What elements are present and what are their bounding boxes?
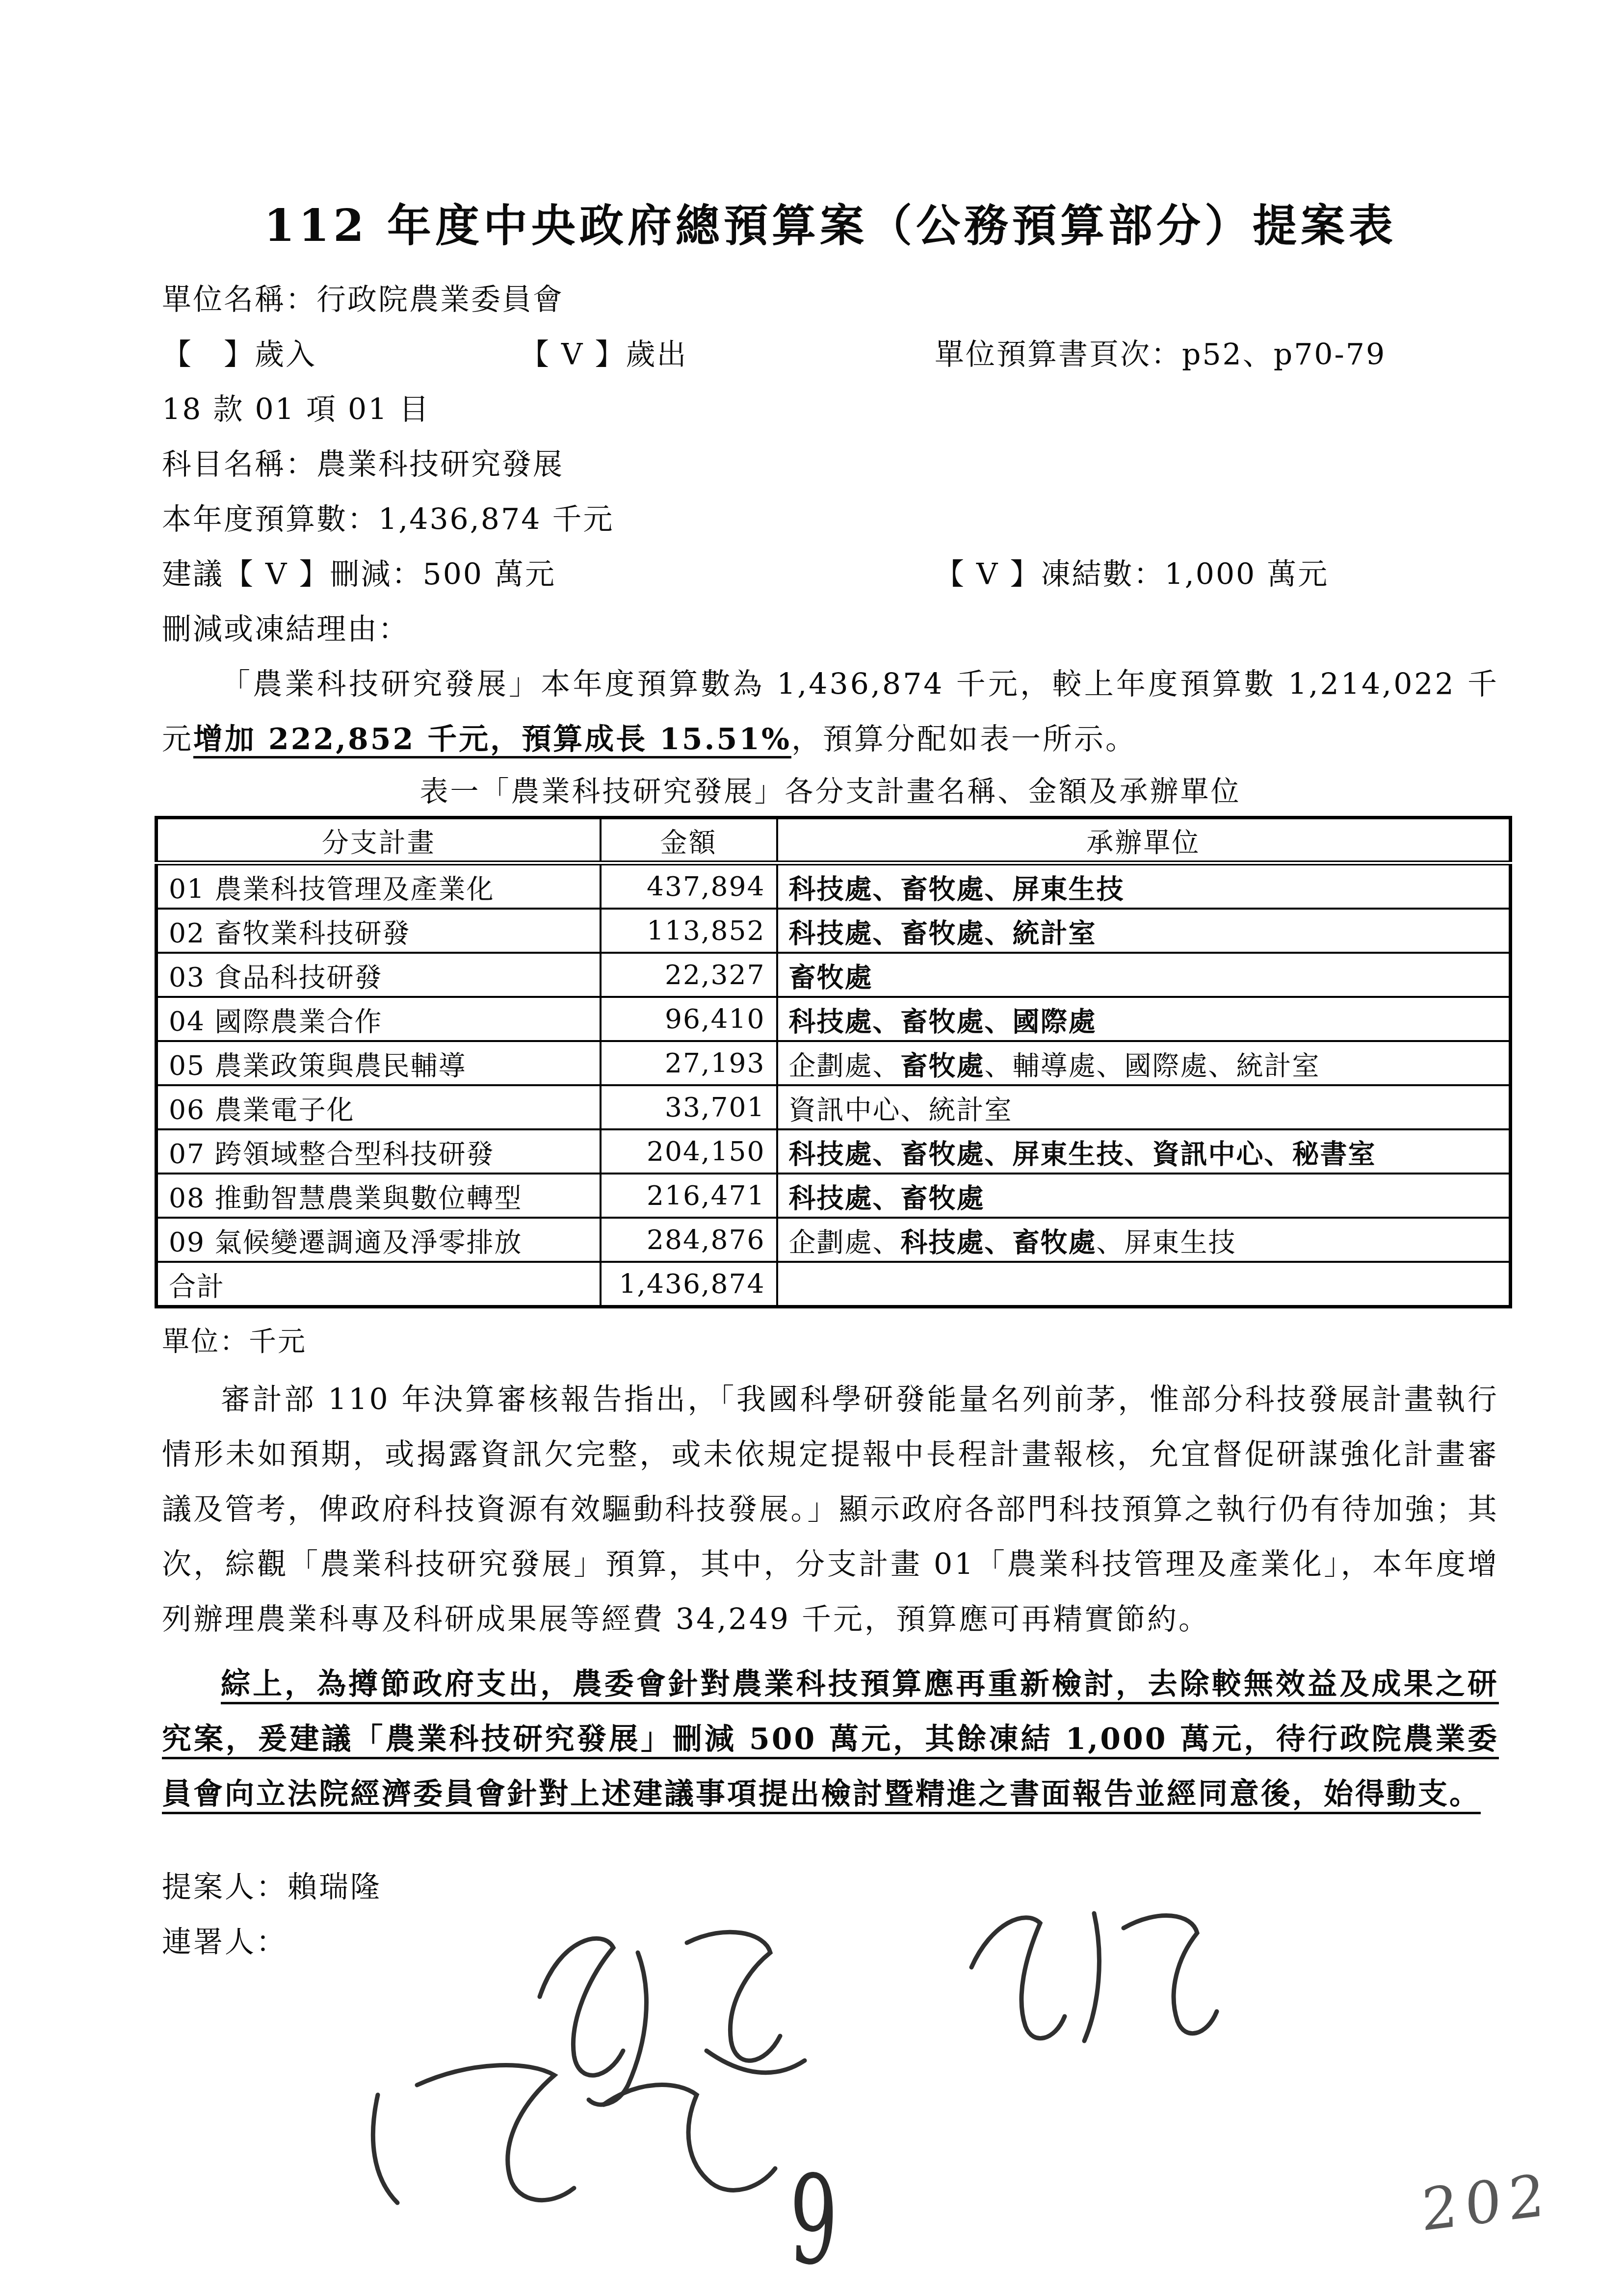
unit-segment: 畜牧處 — [901, 1049, 985, 1081]
table-row: 02 畜牧業科技研發113,852科技處、畜牧處、統計室 — [157, 909, 1511, 953]
column-header-plan: 分支計畫 — [157, 818, 601, 863]
reason-paragraph-emphasis: 增加 222,852 千元，預算成長 15.51% — [193, 722, 791, 757]
plan-table: 分支計畫 金額 承辦單位 01 農業科技管理及產業化437,894科技處、畜牧處… — [155, 816, 1512, 1308]
unit-name: 單位名稱：行政院農業委員會 — [162, 272, 564, 327]
subject-name: 科目名稱：農業科技研究發展 — [162, 437, 564, 492]
cut-proposal-checkbox: 建議【 V 】刪減：500 萬元 — [162, 547, 556, 602]
units-cell: 科技處、畜牧處、國際處 — [777, 997, 1511, 1041]
plan-cell: 02 畜牧業科技研發 — [157, 909, 601, 953]
column-header-amount: 金額 — [601, 818, 777, 863]
unit-segment: 資訊中心、統計室 — [789, 1094, 1013, 1125]
plan-cell: 08 推動智慧農業與數位轉型 — [157, 1174, 601, 1218]
document-content: 112 年度中央政府總預算案（公務預算部分）提案表 單位名稱：行政院農業委員會 … — [162, 194, 1499, 1970]
subject-name-line: 科目名稱：農業科技研究發展 — [162, 437, 1499, 492]
unit-segment: 科技處、畜牧處、屏東生技、資訊中心、秘書室 — [789, 1138, 1376, 1170]
amount-cell: 113,852 — [601, 909, 777, 953]
table-row: 05 農業政策與農民輔導27,193企劃處、畜牧處、輔導處、國際處、統計室 — [157, 1041, 1511, 1085]
table-row: 04 國際農業合作96,410科技處、畜牧處、國際處 — [157, 997, 1511, 1041]
amount-cell: 33,701 — [601, 1085, 777, 1129]
table-row: 合計1,436,874 — [157, 1262, 1511, 1307]
table-row: 09 氣候變遷調適及淨零排放284,876企劃處、科技處、畜牧處、屏東生技 — [157, 1218, 1511, 1262]
amount-cell: 437,894 — [601, 863, 777, 909]
plan-cell: 05 農業政策與農民輔導 — [157, 1041, 601, 1085]
amount-cell: 1,436,874 — [601, 1262, 777, 1307]
units-cell: 科技處、畜牧處 — [777, 1174, 1511, 1218]
budget-page-ref: 單位預算書頁次：p52、p70-79 — [935, 327, 1386, 382]
unit-segment: 科技處、畜牧處 — [901, 1226, 1097, 1258]
amount-cell: 27,193 — [601, 1041, 777, 1085]
page-title: 112 年度中央政府總預算案（公務預算部分）提案表 — [162, 194, 1499, 258]
table-row: 06 農業電子化33,701資訊中心、統計室 — [157, 1085, 1511, 1129]
units-cell: 科技處、畜牧處、統計室 — [777, 909, 1511, 953]
units-cell: 企劃處、畜牧處、輔導處、國際處、統計室 — [777, 1041, 1511, 1085]
units-cell: 資訊中心、統計室 — [777, 1085, 1511, 1129]
unit-segment: 畜牧處 — [789, 961, 873, 993]
expenditure-checkbox: 【 V 】歲出 — [520, 327, 687, 382]
reason-paragraph-post: ，預算分配如表一所示。 — [791, 722, 1137, 757]
audit-paragraph: 審計部 110 年決算審核報告指出，「我國科學研發能量名列前茅，惟部分科技發展計… — [162, 1372, 1499, 1647]
plan-table-body: 01 農業科技管理及產業化437,894科技處、畜牧處、屏東生技02 畜牧業科技… — [157, 863, 1511, 1307]
cosigner-line: 連署人： — [162, 1915, 1499, 1970]
budget-amount: 本年度預算數：1,436,874 千元 — [162, 492, 614, 547]
signature-block: 提案人：賴瑞隆 連署人： — [162, 1860, 1499, 1970]
cosigner-signature — [373, 2065, 775, 2203]
units-cell: 畜牧處 — [777, 953, 1511, 997]
unit-name-line: 單位名稱：行政院農業委員會 — [162, 272, 1499, 327]
unit-segment: 科技處、畜牧處 — [789, 1182, 985, 1214]
reason-paragraph: 「農業科技研究發展」本年度預算數為 1,436,874 千元，較上年度預算數 1… — [162, 657, 1499, 767]
unit-segment: 、屏東生技 — [1097, 1226, 1236, 1258]
amount-cell: 216,471 — [601, 1174, 777, 1218]
plan-cell: 06 農業電子化 — [157, 1085, 601, 1129]
proposer-line: 提案人：賴瑞隆 — [162, 1860, 1499, 1915]
unit-segment: 科技處、畜牧處、國際處 — [789, 1005, 1097, 1037]
freeze-proposal-checkbox: 【 V 】凍結數：1,000 萬元 — [935, 547, 1329, 602]
plan-cell: 合計 — [157, 1262, 601, 1307]
units-cell: 科技處、畜牧處、屏東生技 — [777, 863, 1511, 909]
plan-cell: 04 國際農業合作 — [157, 997, 601, 1041]
unit-segment: 科技處、畜牧處、屏東生技 — [789, 873, 1125, 905]
reason-label: 刪減或凍結理由： — [162, 602, 409, 657]
unit-segment: 企劃處、 — [789, 1050, 901, 1081]
scanned-document-page: 112 年度中央政府總預算案（公務預算部分）提案表 單位名稱：行政院農業委員會 … — [0, 0, 1624, 2296]
table-row: 07 跨領域整合型科技研發204,150科技處、畜牧處、屏東生技、資訊中心、秘書… — [157, 1129, 1511, 1174]
amount-cell: 284,876 — [601, 1218, 777, 1262]
proposal-line: 建議【 V 】刪減：500 萬元 【 V 】凍結數：1,000 萬元 — [162, 547, 1499, 602]
handwritten-page-number: 9 — [788, 2148, 839, 2293]
amount-cell: 96,410 — [601, 997, 777, 1041]
conclusion-paragraph: 綜上，為撙節政府支出，農委會針對農業科技預算應再重新檢討，去除較無效益及成果之研… — [162, 1657, 1499, 1822]
units-cell: 企劃處、科技處、畜牧處、屏東生技 — [777, 1218, 1511, 1262]
amount-cell: 22,327 — [601, 953, 777, 997]
plan-cell: 03 食品科技研發 — [157, 953, 601, 997]
plan-cell: 09 氣候變遷調適及淨零排放 — [157, 1218, 601, 1262]
revenue-checkbox: 【 】歲入 — [162, 327, 316, 382]
table-row: 03 食品科技研發22,327畜牧處 — [157, 953, 1511, 997]
reason-label-line: 刪減或凍結理由： — [162, 602, 1499, 657]
unit-segment: 科技處、畜牧處、統計室 — [789, 917, 1097, 949]
budget-type-line: 【 】歲入 【 V 】歲出 單位預算書頁次：p52、p70-79 — [162, 327, 1499, 382]
budget-amount-line: 本年度預算數：1,436,874 千元 — [162, 492, 1499, 547]
units-cell — [777, 1262, 1511, 1307]
amount-cell: 204,150 — [601, 1129, 777, 1174]
table-caption: 表一「農業科技研究發展」各分支計畫名稱、金額及承辦單位 — [162, 767, 1499, 816]
plan-cell: 07 跨領域整合型科技研發 — [157, 1129, 601, 1174]
unit-note: 單位：千元 — [162, 1317, 1499, 1366]
column-header-units: 承辦單位 — [777, 818, 1511, 863]
unit-segment: 企劃處、 — [789, 1226, 901, 1258]
table-row: 01 農業科技管理及產業化437,894科技處、畜牧處、屏東生技 — [157, 863, 1511, 909]
plan-cell: 01 農業科技管理及產業化 — [157, 863, 601, 909]
unit-segment: 、輔導處、國際處、統計室 — [985, 1050, 1320, 1081]
item-code: 18 款 01 項 01 目 — [162, 382, 430, 437]
table-header-row: 分支計畫 金額 承辦單位 — [157, 818, 1511, 863]
units-cell: 科技處、畜牧處、屏東生技、資訊中心、秘書室 — [777, 1129, 1511, 1174]
item-code-line: 18 款 01 項 01 目 — [162, 382, 1499, 437]
table-row: 08 推動智慧農業與數位轉型216,471科技處、畜牧處 — [157, 1174, 1511, 1218]
handwritten-corner-number: 202 — [1421, 2160, 1552, 2244]
